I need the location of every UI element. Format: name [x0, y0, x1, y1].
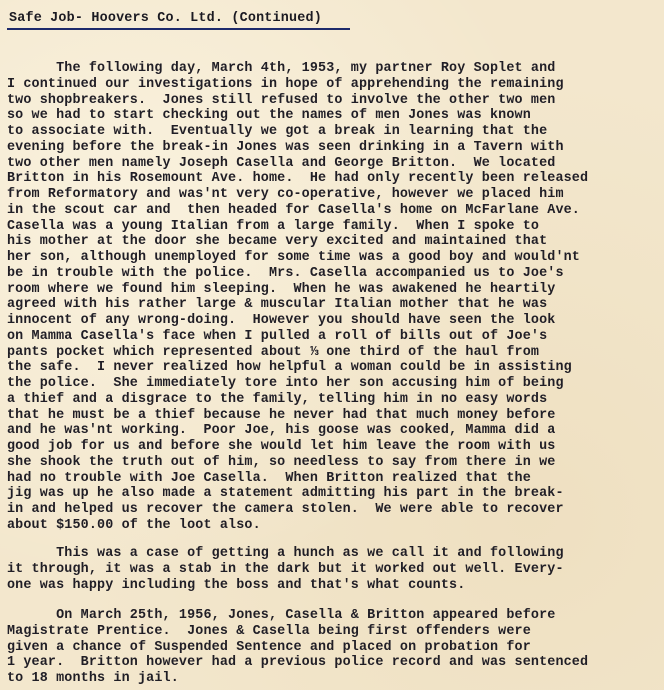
- text-line: jig was up he also made a statement admi…: [7, 486, 588, 502]
- text-line: two other men namely Joseph Casella and …: [7, 156, 588, 172]
- text-line: her son, although unemployed for some ti…: [7, 250, 588, 266]
- paragraph-investigation: The following day, March 4th, 1953, my p…: [7, 61, 588, 534]
- text-line: I continued our investigations in hope o…: [7, 77, 588, 93]
- text-line: his mother at the door she became very e…: [7, 234, 588, 250]
- text-line: a thief and a disgrace to the family, te…: [7, 392, 588, 408]
- text-line: pants pocket which represented about ⅓ o…: [7, 345, 588, 361]
- text-line: from Reformatory and was'nt very co-oper…: [7, 187, 588, 203]
- text-line: Casella was a young Italian from a large…: [7, 219, 588, 235]
- text-line: innocent of any wrong-doing. However you…: [7, 313, 588, 329]
- text-line: evening before the break-in Jones was se…: [7, 140, 588, 156]
- text-line: about $150.00 of the loot also.: [7, 518, 588, 534]
- text-line: so we had to start checking out the name…: [7, 108, 588, 124]
- paragraph-hunch: This was a case of getting a hunch as we…: [7, 546, 564, 593]
- title-underline: [7, 28, 350, 30]
- text-line: two shopbreakers. Jones still refused to…: [7, 93, 588, 109]
- text-line: and he was'nt working. Poor Joe, his goo…: [7, 423, 588, 439]
- text-line: room where we found him sleeping. When h…: [7, 282, 588, 298]
- text-line: good job for us and before she would let…: [7, 439, 588, 455]
- text-line: This was a case of getting a hunch as we…: [7, 546, 564, 562]
- text-line: to associate with. Eventually we got a b…: [7, 124, 588, 140]
- document-title: Safe Job- Hoovers Co. Ltd. (Continued): [9, 10, 322, 28]
- text-line: given a chance of Suspended Sentence and…: [7, 640, 588, 656]
- text-line: in and helped us recover the camera stol…: [7, 502, 588, 518]
- text-line: on Mamma Casella's face when I pulled a …: [7, 329, 588, 345]
- typewritten-page: Safe Job- Hoovers Co. Ltd. (Continued) T…: [0, 0, 664, 690]
- text-line: the police. She immediately tore into he…: [7, 376, 588, 392]
- text-line: 1 year. Britton however had a previous p…: [7, 655, 588, 671]
- text-line: in the scout car and then headed for Cas…: [7, 203, 588, 219]
- text-line: On March 25th, 1956, Jones, Casella & Br…: [7, 608, 588, 624]
- text-line: be in trouble with the police. Mrs. Case…: [7, 266, 588, 282]
- text-line: one was happy including the boss and tha…: [7, 578, 564, 594]
- paragraph-sentencing: On March 25th, 1956, Jones, Casella & Br…: [7, 608, 588, 687]
- text-line: that he must be a thief because he never…: [7, 408, 588, 424]
- text-line: Magistrate Prentice. Jones & Casella bei…: [7, 624, 588, 640]
- text-line: it through, it was a stab in the dark bu…: [7, 562, 564, 578]
- text-line: agreed with his rather large & muscular …: [7, 297, 588, 313]
- text-line: to 18 months in jail.: [7, 671, 588, 687]
- text-line: Britton in his Rosemount Ave. home. He h…: [7, 171, 588, 187]
- text-line: had no trouble with Joe Casella. When Br…: [7, 471, 588, 487]
- text-line: the safe. I never realized how helpful a…: [7, 360, 588, 376]
- text-line: she shook the truth out of him, so needl…: [7, 455, 588, 471]
- text-line: The following day, March 4th, 1953, my p…: [7, 61, 588, 77]
